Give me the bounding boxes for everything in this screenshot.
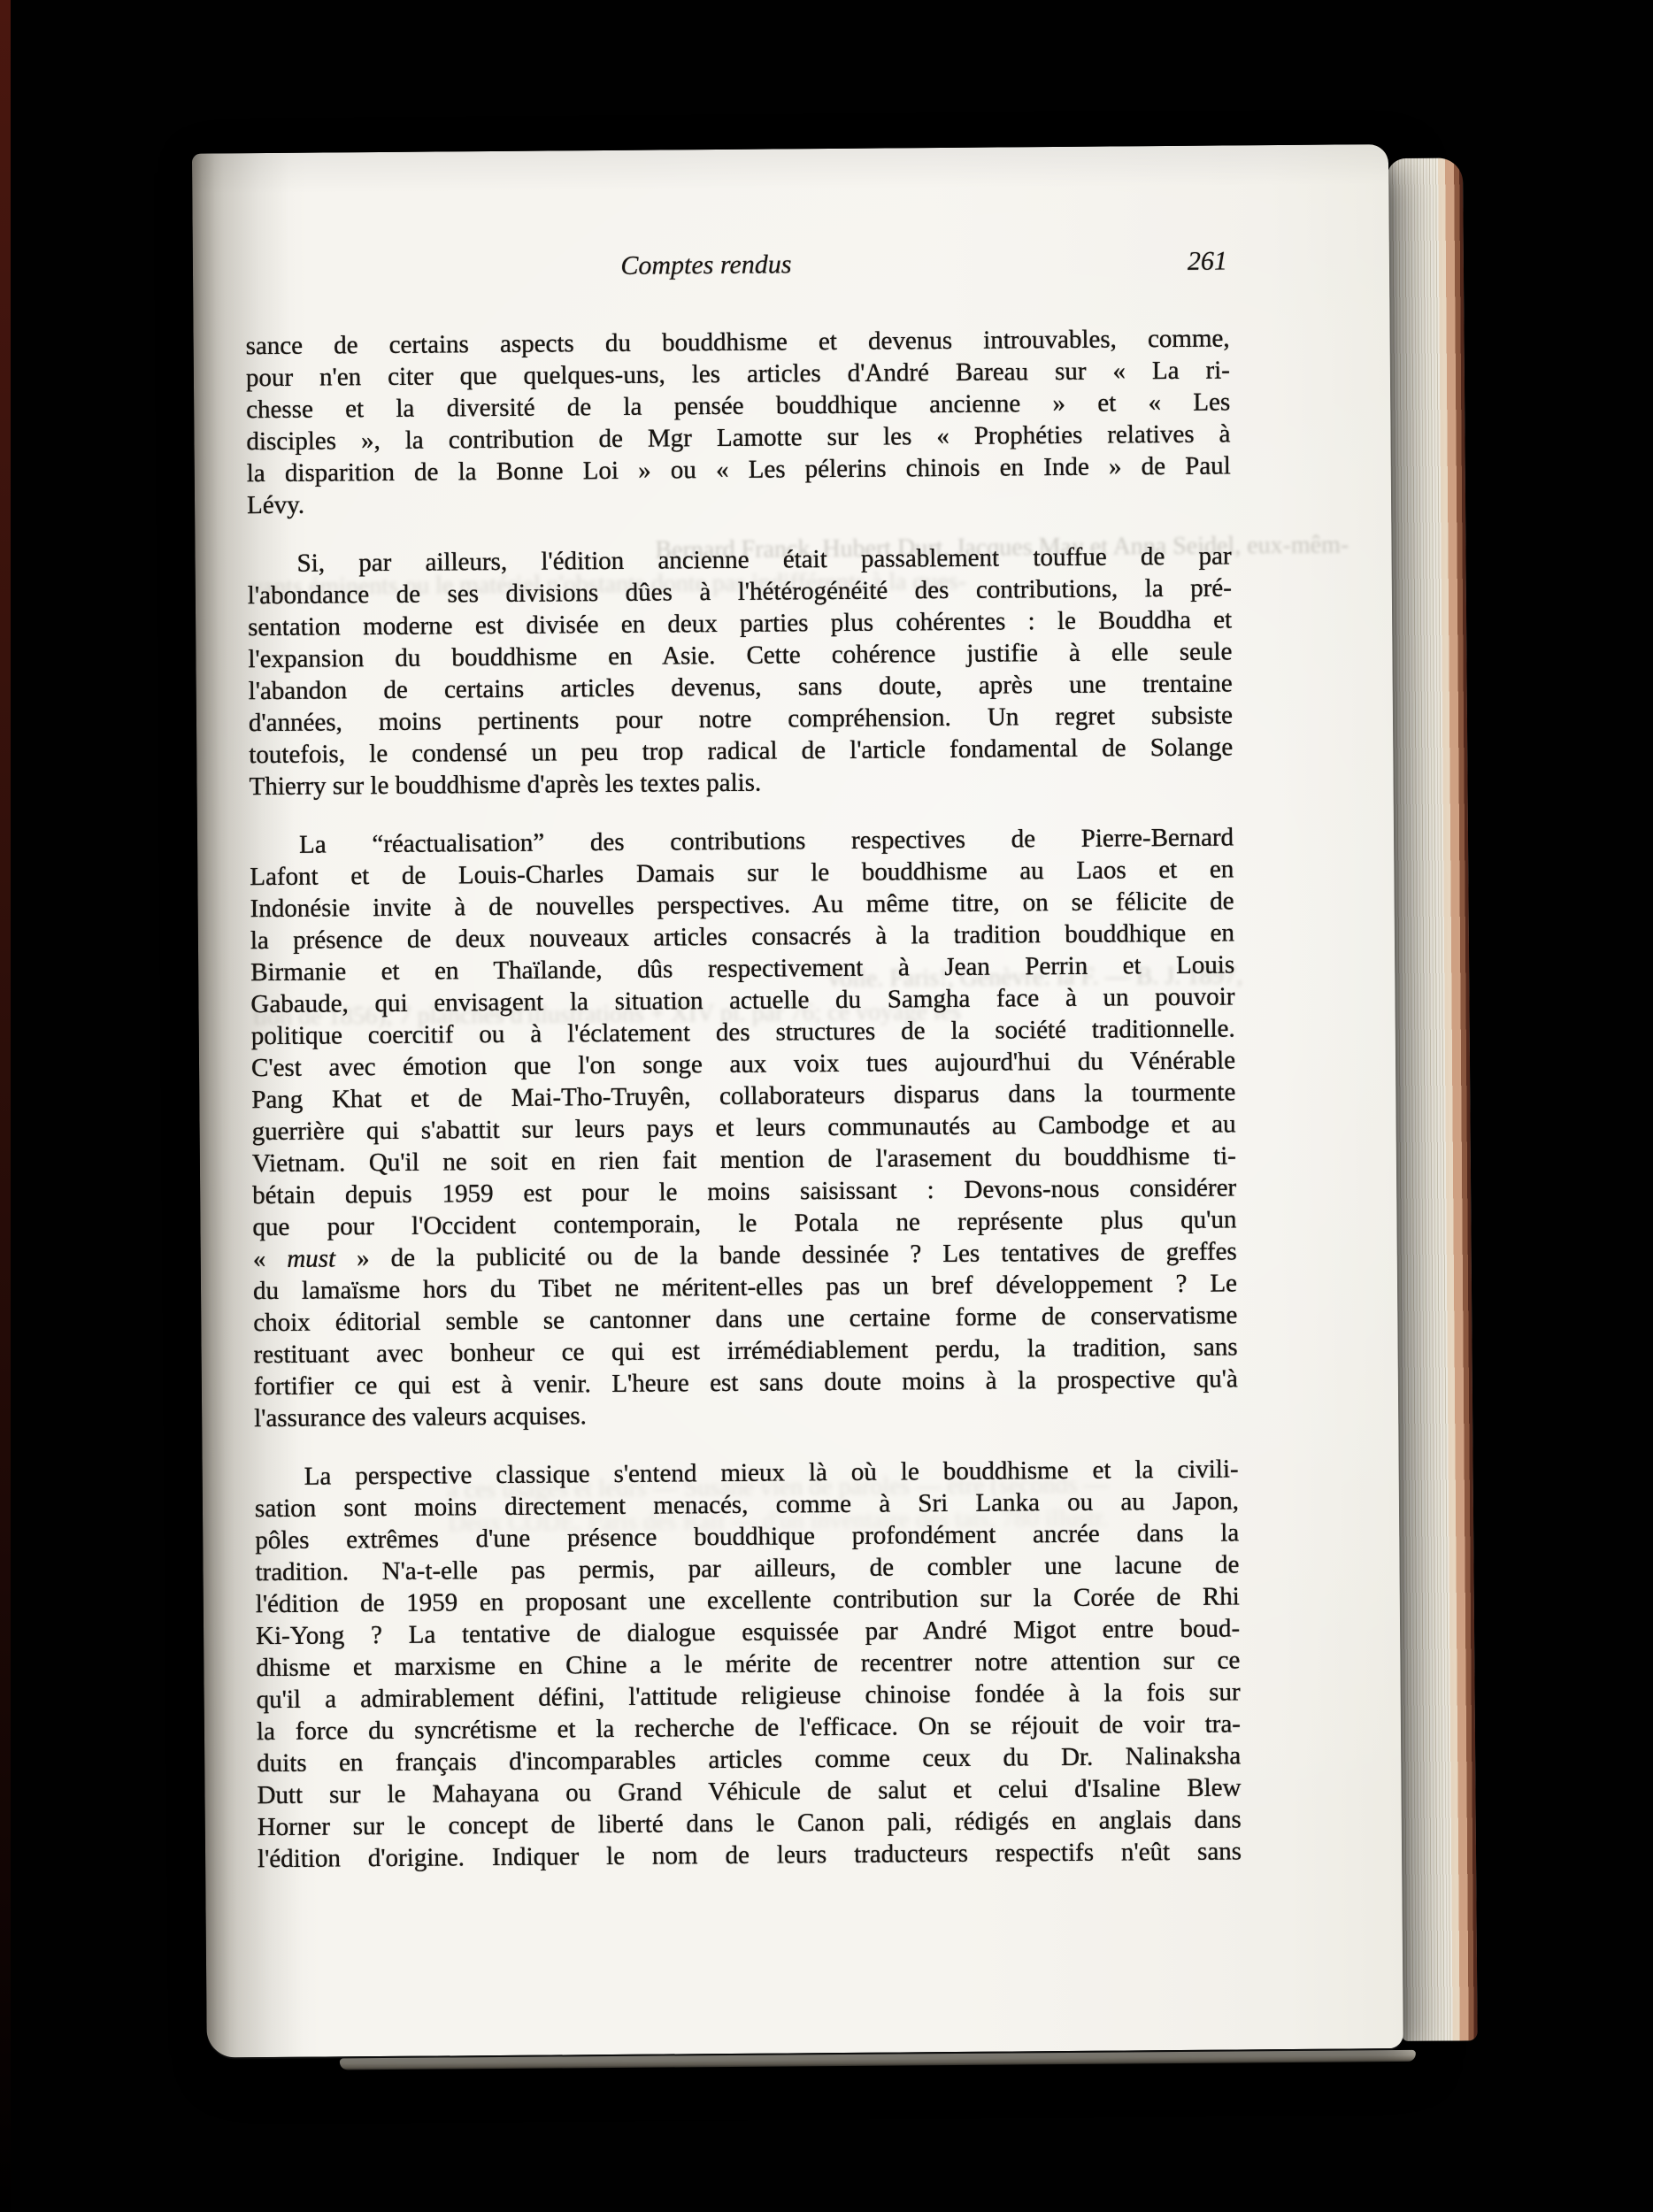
paragraph: sance de certains aspects du bouddhisme …: [246, 322, 1232, 521]
text-line: Thierry sur le bouddhisme d'après les te…: [249, 763, 1233, 803]
scanned-book-photo: Bernard Franck, Hubert Durt, Jacques May…: [0, 0, 1653, 2212]
page-number: 261: [1188, 246, 1227, 276]
paragraph: Si, par ailleurs, l'édition ancienne éta…: [247, 540, 1233, 803]
text-line: l'assurance des valeurs acquises.: [254, 1394, 1238, 1434]
page-body-text: sance de certains aspects du bouddhisme …: [246, 322, 1242, 1875]
text-line: l'édition d'origine. Indiquer le nom de …: [258, 1835, 1242, 1875]
book-page: Bernard Franck, Hubert Durt, Jacques May…: [192, 143, 1478, 2064]
paragraph: La perspective classique s'entend mieux …: [255, 1453, 1242, 1875]
running-head-title: Comptes rendus: [245, 247, 1167, 284]
book-cover-edge: [0, 0, 11, 2212]
paragraph: La “réactualisation” des contributions r…: [250, 821, 1238, 1434]
running-head: Comptes rendus 261: [245, 246, 1229, 293]
page-surface: Bernard Franck, Hubert Durt, Jacques May…: [192, 144, 1403, 2058]
